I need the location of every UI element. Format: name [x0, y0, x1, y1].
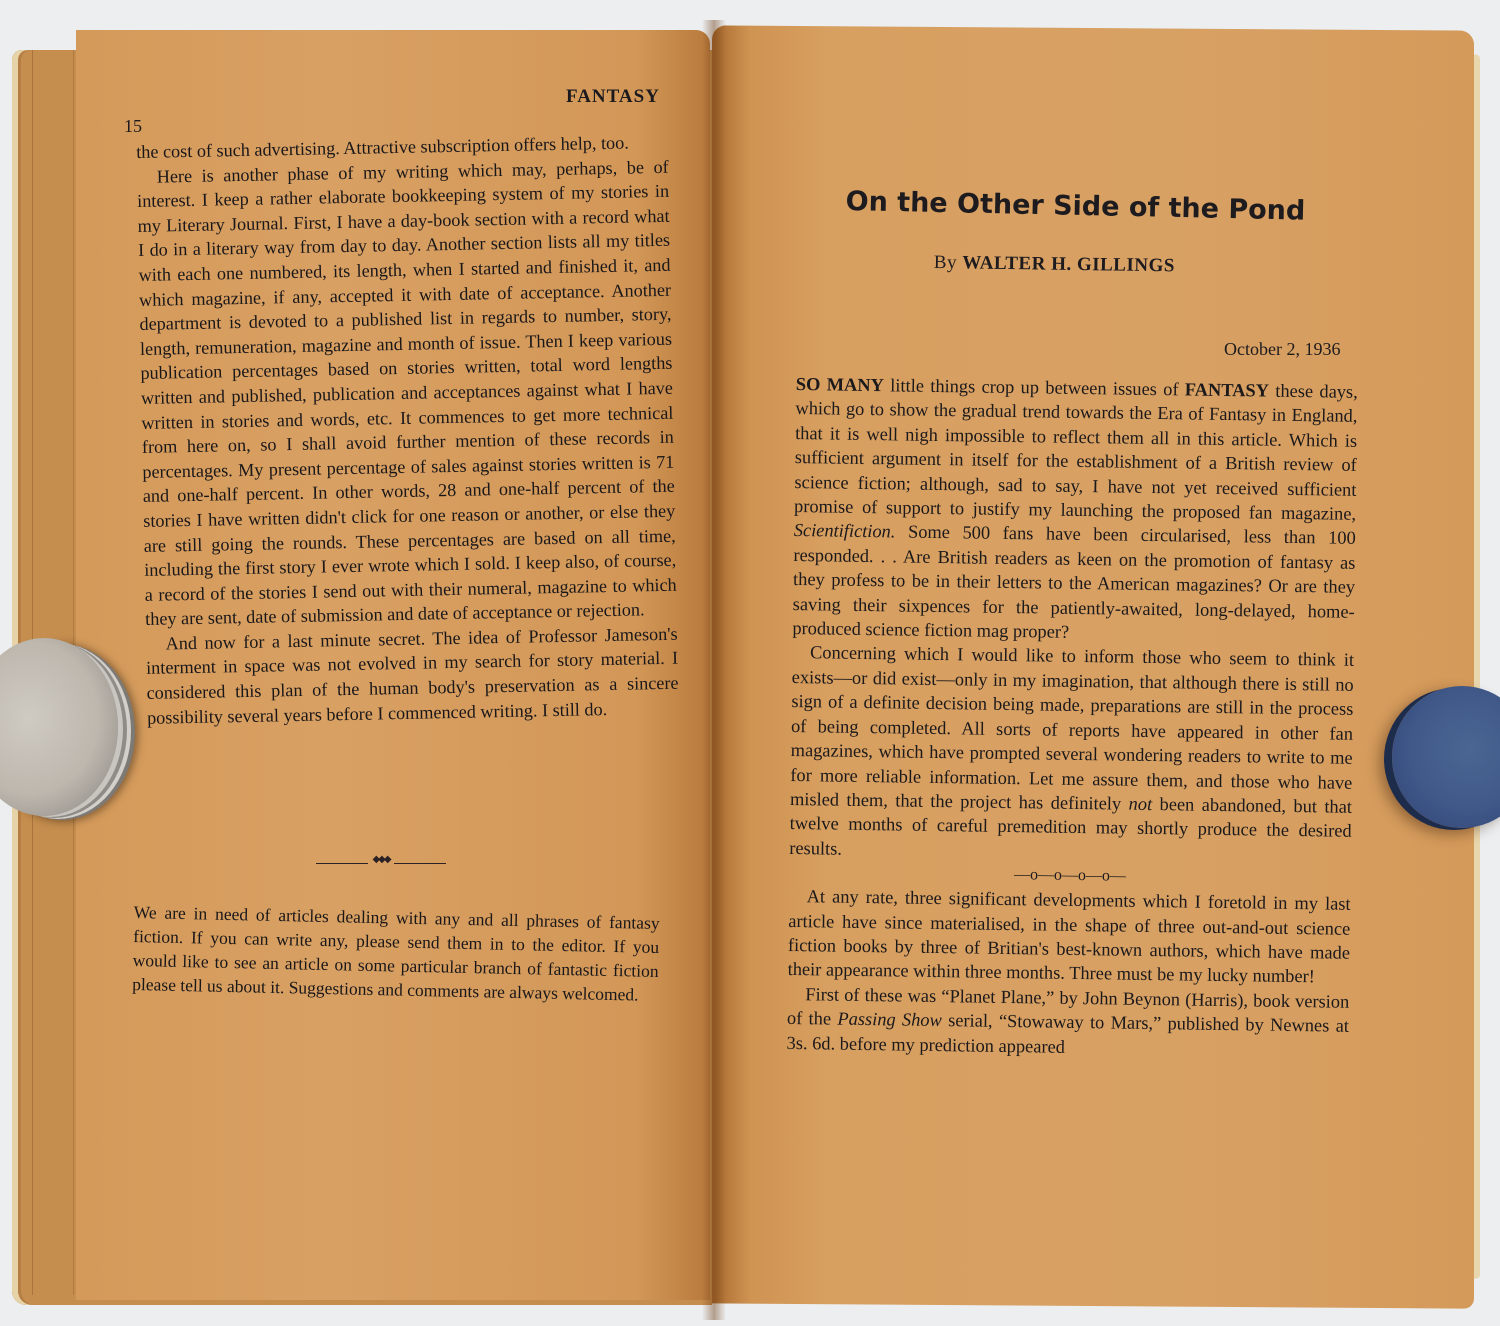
running-head: FANTASY — [566, 86, 660, 108]
divider-line — [316, 863, 368, 864]
paragraph: At any rate, three significant developme… — [787, 884, 1350, 989]
text-run: these days, which go to show the gradual… — [794, 381, 1358, 524]
divider-line — [394, 863, 446, 864]
byline-prefix: By — [934, 252, 957, 273]
paragraph: Here is another phase of my writing whic… — [136, 154, 677, 631]
magazine-name: FANTASY — [1185, 379, 1269, 400]
left-page-body: the cost of such advertising. Attractive… — [136, 130, 679, 730]
dateline: October 2, 1936 — [1224, 339, 1340, 360]
italic-title: Passing Show — [837, 1009, 942, 1030]
author-name: WALTER H. GILLINGS — [962, 252, 1175, 276]
section-divider-ornament: ◆◆◆ — [316, 859, 446, 869]
lead-in: SO MANY — [796, 374, 884, 395]
italic-emphasis: not — [1129, 794, 1153, 814]
notice-text: We are in need of articles dealing with … — [132, 900, 660, 1007]
paragraph: And now for a last minute secret. The id… — [145, 622, 679, 731]
text-run: Concerning which I would like to inform … — [790, 643, 1354, 814]
right-page-body: SO MANY little things crop up between is… — [786, 372, 1357, 1063]
paragraph: Concerning which I would like to inform … — [789, 640, 1354, 867]
byline: By WALTER H. GILLINGS — [934, 252, 1175, 277]
page-number: 15 — [124, 116, 142, 137]
paragraph: First of these was “Planet Plane,” by Jo… — [786, 982, 1349, 1063]
open-magazine-spread: FANTASY 15 the cost of such advertising.… — [0, 0, 1500, 1326]
book-gutter — [702, 20, 726, 1320]
text-run: little things crop up between issues of — [884, 375, 1185, 399]
italic-title: Scientifiction. — [794, 520, 896, 541]
diamond-ornament-icon: ◆◆◆ — [368, 854, 394, 865]
paragraph: SO MANY little things crop up between is… — [792, 372, 1358, 648]
editor-notice: We are in need of articles dealing with … — [132, 900, 660, 1007]
